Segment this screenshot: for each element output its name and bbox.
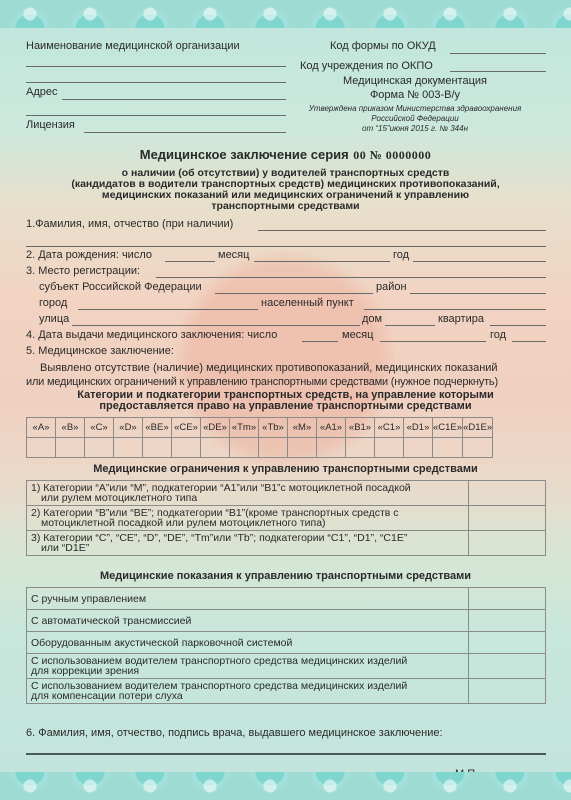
org-name-field-2[interactable]	[26, 82, 286, 83]
apartment-label: квартира	[438, 313, 484, 325]
row-text-line: С автоматической трансмиссией	[31, 616, 464, 626]
subtitle: о наличии (об отсутствии) у водителей тр…	[0, 168, 571, 212]
approval-line-1: Утверждена приказом Министерства здравоо…	[285, 104, 545, 114]
category-mark-cell[interactable]	[346, 438, 375, 458]
issue-date-label: 4. Дата выдачи медицинского заключения: …	[26, 329, 277, 341]
category-mark-cell[interactable]	[259, 438, 288, 458]
limitation-row-mark-cell[interactable]	[469, 506, 546, 531]
category-header: «C»	[85, 418, 114, 438]
category-mark-cell[interactable]	[230, 438, 259, 458]
city-field[interactable]	[78, 309, 258, 310]
settlement-label: населенный пункт	[261, 297, 354, 309]
category-header: «CE»	[172, 418, 201, 438]
limitation-row-mark-cell[interactable]	[469, 481, 546, 506]
org-name-field[interactable]	[26, 66, 286, 67]
limitation-row: 2) Категории “B”или “BE”; подкатегории “…	[27, 506, 546, 531]
category-mark-cell[interactable]	[201, 438, 230, 458]
category-header: «B1»	[346, 418, 375, 438]
house-label: дом	[362, 313, 382, 325]
license-field[interactable]	[84, 132, 286, 133]
decorative-border-bottom	[0, 772, 571, 800]
fio-field[interactable]	[258, 230, 546, 231]
fio-field-2[interactable]	[26, 246, 546, 247]
categories-heading: Категории и подкатегории транспортных ср…	[0, 390, 571, 412]
license-label: Лицензия	[26, 119, 75, 131]
category-mark-cell[interactable]	[56, 438, 85, 458]
category-header: «C1E»	[433, 418, 463, 438]
category-header: «D1»	[404, 418, 433, 438]
indication-row-text: Оборудованным акустической парковочной с…	[27, 632, 469, 654]
row-text-line: для коррекции зрения	[31, 666, 464, 676]
birth-month-field[interactable]	[254, 261, 390, 262]
categories-table: «A»«B»«C»«D»«BE»«CE»«DE»«Tm»«Tb»«M»«A1»«…	[26, 417, 493, 458]
decorative-border-top	[0, 0, 571, 28]
issue-month-label: месяц	[342, 329, 373, 341]
category-mark-cell[interactable]	[463, 438, 493, 458]
conclusion-text-2: или медицинских ограничений к управлению…	[26, 376, 498, 388]
indication-row: С ручным управлением	[27, 588, 546, 610]
document-title: Медицинское заключение серия 00 № 000000…	[0, 146, 571, 164]
birth-month-label: месяц	[218, 249, 249, 261]
settlement-field[interactable]	[364, 309, 546, 310]
okud-label: Код формы по ОКУД	[330, 40, 436, 52]
category-mark-cell[interactable]	[172, 438, 201, 458]
fio-label: 1.Фамилия, имя, отчество (при наличии)	[26, 218, 233, 230]
limitations-heading: Медицинские ограничения к управлению тра…	[0, 464, 571, 475]
row-text-line: 3) Категории “C”, “CE”, “D”, “DE”, “Tm”и…	[31, 533, 464, 543]
apartment-field[interactable]	[490, 325, 546, 326]
street-label: улица	[39, 313, 69, 325]
birth-day-field[interactable]	[165, 261, 215, 262]
limitation-row: 1) Категории “A”или “M”, подкатегории “A…	[27, 481, 546, 506]
okpo-label: Код учреждения по ОКПО	[300, 60, 433, 72]
category-header: «M»	[288, 418, 317, 438]
category-mark-cell[interactable]	[433, 438, 463, 458]
category-mark-cell[interactable]	[143, 438, 172, 458]
indication-row-text: С автоматической трансмиссией	[27, 610, 469, 632]
issue-day-field[interactable]	[302, 341, 338, 342]
category-header: «D1E»	[463, 418, 493, 438]
subject-field[interactable]	[215, 293, 373, 294]
categories-heading-line: предоставляется право на управление тран…	[0, 401, 571, 412]
indication-row-text: С использованием водителем транспортного…	[27, 679, 469, 704]
indication-row: С автоматической трансмиссией	[27, 610, 546, 632]
doctor-signature-field[interactable]	[26, 753, 546, 755]
registration-label: 3. Место регистрации:	[26, 265, 140, 277]
row-text-line: С ручным управлением	[31, 594, 464, 604]
category-mark-cell[interactable]	[85, 438, 114, 458]
row-text-line: или “D1E”	[31, 543, 464, 553]
limitation-row-text: 2) Категории “B”или “BE”; подкатегории “…	[27, 506, 469, 531]
limitation-row: 3) Категории “C”, “CE”, “D”, “DE”, “Tm”и…	[27, 531, 546, 556]
form-number: Форма № 003-В/у	[290, 89, 540, 101]
limitation-row-text: 3) Категории “C”, “CE”, “D”, “DE”, “Tm”и…	[27, 531, 469, 556]
category-header: «A»	[27, 418, 56, 438]
approval-line-3: от “15”июня 2015 г. № 344н	[285, 124, 545, 134]
category-mark-cell[interactable]	[375, 438, 404, 458]
house-field[interactable]	[385, 325, 435, 326]
issue-month-field[interactable]	[380, 341, 486, 342]
indication-row-mark-cell[interactable]	[469, 588, 546, 610]
approval-line-2: Российской Федерации	[285, 114, 545, 124]
district-field[interactable]	[410, 293, 546, 294]
row-text-line: для компенсации потери слуха	[31, 691, 464, 701]
row-text-line: или рулем мотоциклетного типа	[31, 493, 464, 503]
category-header: «B»	[56, 418, 85, 438]
indications-table: С ручным управлениемС автоматической тра…	[26, 587, 546, 704]
serial-number: 00 № 0000000	[353, 148, 431, 162]
indication-row-text: С использованием водителем транспортного…	[27, 654, 469, 679]
street-field[interactable]	[72, 325, 360, 326]
category-header: «Tm»	[230, 418, 259, 438]
category-header: «C1»	[375, 418, 404, 438]
subtitle-line: транспортными средствами	[0, 201, 571, 212]
category-header: «Tb»	[259, 418, 288, 438]
doctor-label: 6. Фамилия, имя, отчество, подпись врача…	[26, 727, 443, 739]
row-text-line: Оборудованным акустической парковочной с…	[31, 638, 464, 648]
indication-row: Оборудованным акустической парковочной с…	[27, 632, 546, 654]
doc-type: Медицинская документация	[290, 75, 540, 87]
birth-year-field[interactable]	[413, 261, 546, 262]
category-mark-cell[interactable]	[404, 438, 433, 458]
category-header: «D»	[114, 418, 143, 438]
indications-heading: Медицинские показания к управлению транс…	[0, 571, 571, 582]
city-label: город	[39, 297, 67, 309]
address-field-2[interactable]	[26, 115, 286, 116]
limitations-table: 1) Категории “A”или “M”, подкатегории “A…	[26, 480, 546, 556]
limitation-row-mark-cell[interactable]	[469, 531, 546, 556]
limitation-row-text: 1) Категории “A”или “M”, подкатегории “A…	[27, 481, 469, 506]
issue-year-field[interactable]	[512, 341, 546, 342]
indication-row-mark-cell[interactable]	[469, 654, 546, 679]
indication-row-mark-cell[interactable]	[469, 610, 546, 632]
category-mark-cell[interactable]	[317, 438, 346, 458]
birth-label: 2. Дата рождения: число	[26, 249, 152, 261]
indication-row: С использованием водителем транспортного…	[27, 654, 546, 679]
address-label: Адрес	[26, 86, 58, 98]
issue-year-label: год	[490, 329, 506, 341]
org-name-label: Наименование медицинской организации	[26, 40, 240, 52]
category-mark-cell[interactable]	[288, 438, 317, 458]
category-header: «DE»	[201, 418, 230, 438]
category-header: «BE»	[143, 418, 172, 438]
indication-row-mark-cell[interactable]	[469, 632, 546, 654]
district-label: район	[376, 281, 407, 293]
conclusion-label: 5. Медицинское заключение:	[26, 345, 174, 357]
registration-field[interactable]	[156, 277, 546, 278]
indication-row: С использованием водителем транспортного…	[27, 679, 546, 704]
category-header: «A1»	[317, 418, 346, 438]
subject-label: субъект Российской Федерации	[39, 281, 202, 293]
title-text: Медицинское заключение серия	[140, 147, 349, 162]
birth-year-label: год	[393, 249, 409, 261]
okud-field[interactable]	[450, 53, 546, 54]
category-mark-cell[interactable]	[114, 438, 143, 458]
row-text-line: мотоциклетной посадкой или рулем мотоцик…	[31, 518, 464, 528]
conclusion-text-1: Выявлено отсутствие (наличие) медицински…	[40, 362, 498, 374]
address-field[interactable]	[62, 99, 286, 100]
category-mark-cell[interactable]	[27, 438, 56, 458]
indication-row-text: С ручным управлением	[27, 588, 469, 610]
okpo-field[interactable]	[450, 71, 546, 72]
indication-row-mark-cell[interactable]	[469, 679, 546, 704]
